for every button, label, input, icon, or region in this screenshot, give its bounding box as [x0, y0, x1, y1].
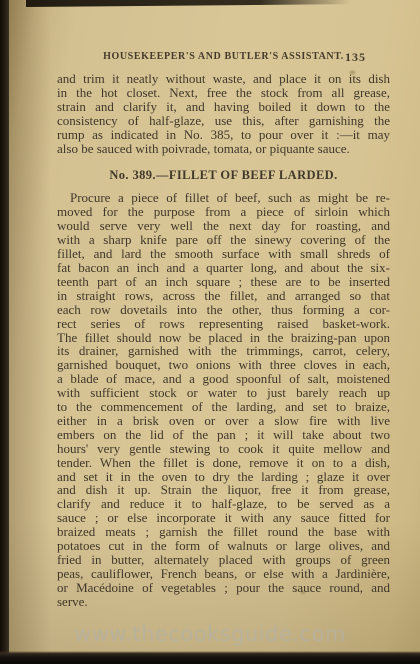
page-number: 135 [345, 50, 366, 65]
text-line: The fillet should now be placed in the b… [57, 331, 390, 345]
text-line: to the commencement of the larding, and … [57, 400, 390, 414]
text-line: rump as indicated in No. 385, to pour ov… [57, 128, 390, 142]
text-line: potatoes cut in the form of walnuts or l… [57, 539, 390, 553]
text-line: peas, cauliflower, French beans, or else… [57, 567, 390, 581]
text-line: in straight rows, across the fillet, and… [57, 289, 390, 303]
text-line: a blade of mace, and a good spoonful of … [57, 372, 390, 386]
text-line: sauce ; or else incorporate it with any … [57, 511, 390, 525]
text-line: fat bacon an inch and a quarter long, an… [57, 261, 390, 275]
running-title: HOUSEKEEPER'S AND BUTLER'S ASSISTANT. [103, 51, 344, 62]
text-line: fillet, and lard the smooth surface with… [57, 247, 390, 261]
text-line: tender. When the fillet is done, remove … [57, 456, 390, 470]
text-line: its drainer, garnished with the trimming… [57, 344, 390, 358]
text-line: hours' very gentle stewing to cook it qu… [57, 442, 390, 456]
text-line: moved for the purpose from a piece of si… [57, 205, 390, 219]
text-line: with sufficient stock or water to just b… [57, 386, 390, 400]
spine-shadow [9, 0, 51, 664]
text-line: Procure a piece of fillet of beef, such … [57, 191, 390, 205]
top-scan-edge [26, 0, 351, 7]
text-line: also be sauced with poivrade, tomata, or… [57, 142, 390, 156]
text-line: would serve very well the next day for r… [57, 219, 390, 233]
text-line: either in a brisk oven or over a slow fi… [57, 414, 390, 428]
text-line: braized meats ; garnish the fillet round… [57, 525, 390, 539]
running-head: HOUSEKEEPER'S AND BUTLER'S ASSISTANT. 13… [57, 51, 390, 64]
text-line: consistency of half-glaze, use this, aft… [57, 114, 390, 128]
intro-paragraph: and trim it neatly without waste, and pl… [57, 72, 390, 155]
text-line: clarify and reduce it to half-glaze, to … [57, 497, 390, 511]
text-column: HOUSEKEEPER'S AND BUTLER'S ASSISTANT. 13… [57, 51, 390, 609]
text-line: teenth part of an inch square ; these ar… [57, 275, 390, 289]
text-line: each row dovetails into the other, thus … [57, 303, 390, 317]
bottom-scan-edge [0, 651, 420, 664]
text-line: or Macédoine of vegetables ; pour the sa… [57, 581, 390, 595]
text-line: strain and clarify it, and having boiled… [57, 100, 390, 114]
text-line: fried in butter, alternately placed with… [57, 553, 390, 567]
text-line: and set it in the oven to dry the lardin… [57, 470, 390, 484]
recipe-heading: No. 389.—FILLET OF BEEF LARDED. [57, 169, 390, 182]
text-line: garnished bouquet, two onions with three… [57, 358, 390, 372]
book-page-scan: HOUSEKEEPER'S AND BUTLER'S ASSISTANT. 13… [0, 0, 420, 664]
text-line: in the hot closet. Next, free the stock … [57, 86, 390, 100]
text-line: and dish it up. Strain the liquor, free … [57, 483, 390, 497]
watermark: www.thecooksguide.com [0, 622, 420, 646]
text-line: serve. [57, 595, 390, 609]
recipe-paragraph: Procure a piece of fillet of beef, such … [57, 191, 390, 608]
text-line: rect series of rows representing raised … [57, 317, 390, 331]
text-line: embers on the lid of the pan ; it will t… [57, 428, 390, 442]
left-scan-edge [0, 0, 9, 664]
text-line: and trim it neatly without waste, and pl… [57, 72, 390, 86]
text-line: with a sharp knife pare off the sinewy c… [57, 233, 390, 247]
